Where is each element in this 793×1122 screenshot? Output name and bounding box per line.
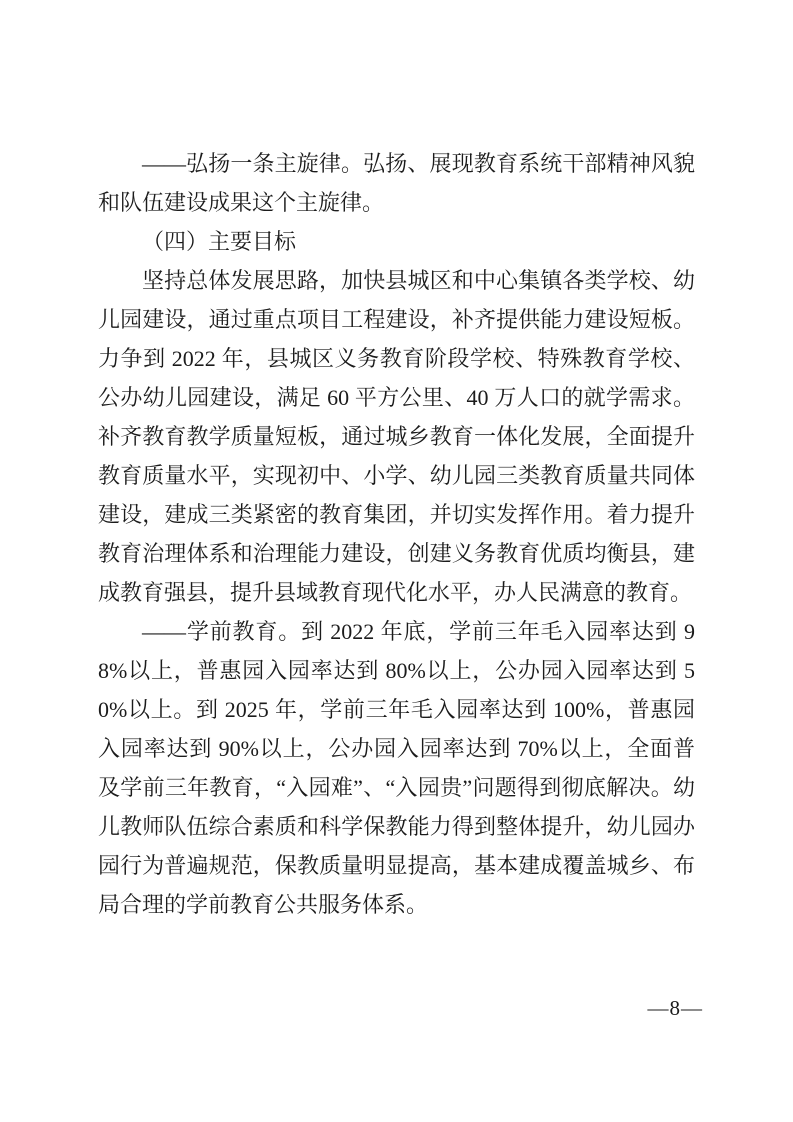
paragraph-overall-development: 坚持总体发展思路，加快县城区和中心集镇各类学校、幼儿园建设，通过重点项目工程建设… (98, 261, 695, 612)
paragraph-preschool-education: ——学前教育。到 2022 年底，学前三年毛入园率达到 98%以上，普惠园入园率… (98, 612, 695, 924)
document-body: ——弘扬一条主旋律。弘扬、展现教育系统干部精神风貌和队伍建设成果这个主旋律。 （… (98, 144, 695, 924)
page-background: ——弘扬一条主旋律。弘扬、展现教育系统干部精神风貌和队伍建设成果这个主旋律。 （… (0, 0, 793, 1122)
section-heading-main-goals: （四）主要目标 (98, 222, 695, 261)
page-number: —8— (648, 998, 704, 1019)
paragraph-main-melody: ——弘扬一条主旋律。弘扬、展现教育系统干部精神风貌和队伍建设成果这个主旋律。 (98, 144, 695, 222)
document-page: { "page": { "background_color": "#ffffff… (0, 0, 793, 1122)
